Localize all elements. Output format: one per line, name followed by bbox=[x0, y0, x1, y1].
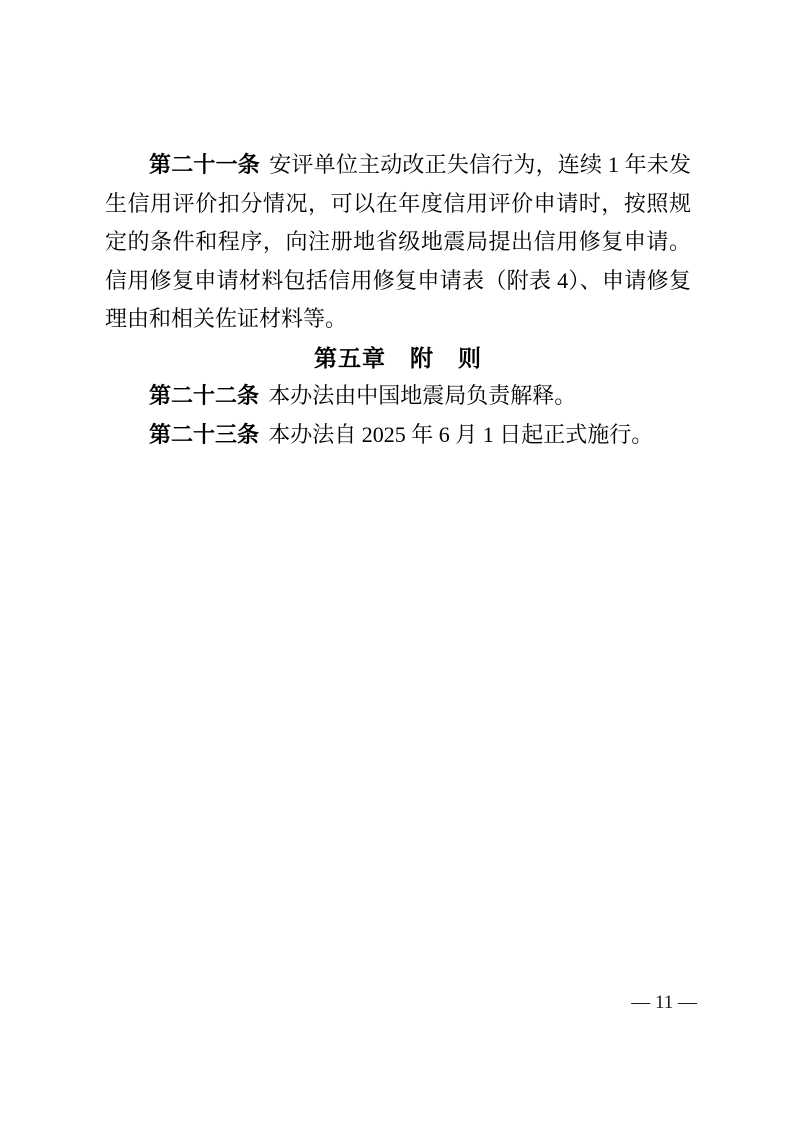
article-23-paragraph: 第二十三条本办法自 2025 年 6 月 1 日起正式施行。 bbox=[105, 416, 691, 455]
article-23-text: 本办法自 2025 年 6 月 1 日起正式施行。 bbox=[268, 422, 653, 447]
article-23-number: 第二十三条 bbox=[149, 422, 259, 447]
chapter-5-heading: 第五章 附 则 bbox=[105, 339, 691, 378]
page-number: — 11 — bbox=[631, 993, 697, 1013]
article-22-paragraph: 第二十二条本办法由中国地震局负责解释。 bbox=[105, 377, 691, 416]
article-21-number: 第二十一条 bbox=[149, 152, 260, 177]
article-22-text: 本办法由中国地震局负责解释。 bbox=[268, 383, 576, 408]
document-page: 第二十一条安评单位主动改正失信行为，连续 1 年未发生信用评价扣分情况，可以在年… bbox=[0, 0, 793, 1122]
document-body: 第二十一条安评单位主动改正失信行为，连续 1 年未发生信用评价扣分情况，可以在年… bbox=[105, 146, 691, 454]
article-21-paragraph: 第二十一条安评单位主动改正失信行为，连续 1 年未发生信用评价扣分情况，可以在年… bbox=[105, 146, 691, 339]
article-22-number: 第二十二条 bbox=[149, 383, 259, 408]
article-21-text: 安评单位主动改正失信行为，连续 1 年未发生信用评价扣分情况，可以在年度信用评价… bbox=[105, 152, 691, 331]
